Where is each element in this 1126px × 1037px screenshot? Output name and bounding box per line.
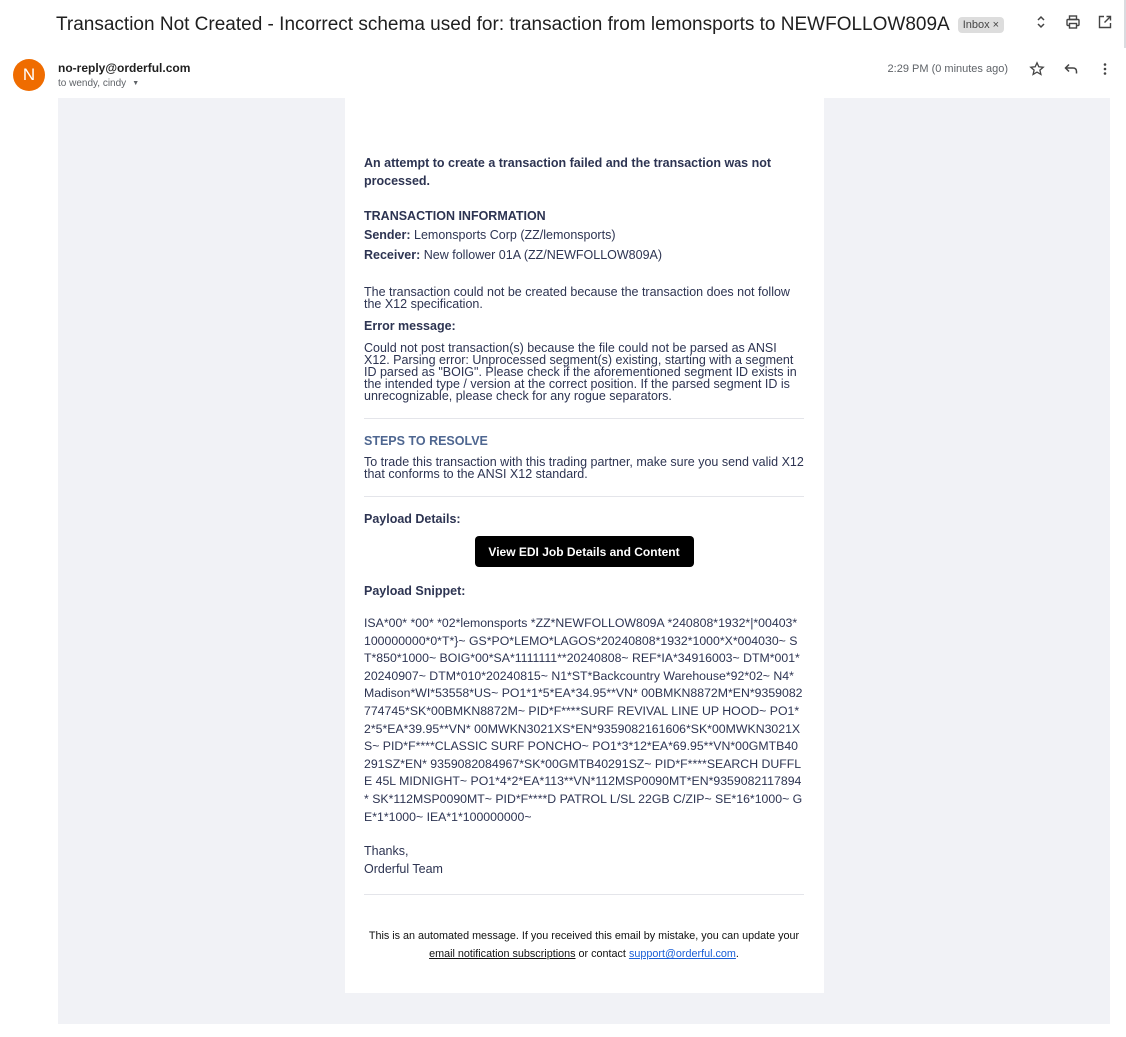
reason-text: The transaction could not be created bec… bbox=[364, 286, 804, 310]
label-text: Inbox bbox=[963, 19, 990, 31]
team-text: Orderful Team bbox=[364, 861, 804, 879]
footer-period: . bbox=[736, 948, 739, 960]
view-edi-job-button[interactable]: View EDI Job Details and Content bbox=[475, 536, 694, 567]
unfold-icon[interactable] bbox=[1032, 12, 1050, 32]
open-in-new-window-icon[interactable] bbox=[1096, 12, 1114, 32]
thread-actions bbox=[1032, 12, 1114, 32]
divider bbox=[364, 418, 804, 419]
reply-icon[interactable] bbox=[1062, 59, 1080, 79]
payload-snippet: ISA*00* *00* *02*lemonsports *ZZ*NEWFOLL… bbox=[364, 615, 804, 826]
email-card: An attempt to create a transaction faile… bbox=[345, 98, 824, 993]
sender-row: Sender: Lemonsports Corp (ZZ/lemonsports… bbox=[364, 228, 804, 243]
divider bbox=[364, 496, 804, 497]
star-icon[interactable] bbox=[1028, 59, 1046, 79]
divider bbox=[364, 894, 804, 895]
receiver-value: New follower 01A (ZZ/NEWFOLLOW809A) bbox=[424, 248, 662, 262]
print-icon[interactable] bbox=[1064, 12, 1082, 32]
sender-avatar[interactable]: N bbox=[13, 59, 45, 91]
receiver-label: Receiver: bbox=[364, 248, 420, 262]
footer-text: This is an automated message. If you rec… bbox=[369, 930, 799, 942]
email-content: An attempt to create a transaction faile… bbox=[364, 154, 804, 963]
sender-email[interactable]: no-reply@orderful.com bbox=[58, 61, 190, 75]
transaction-info-heading: TRANSACTION INFORMATION bbox=[364, 209, 804, 223]
intro-text: An attempt to create a transaction faile… bbox=[364, 154, 804, 190]
message-meta: 2:29 PM (0 minutes ago) bbox=[888, 59, 1114, 79]
thanks-text: Thanks, bbox=[364, 843, 804, 861]
footer-text-middle: or contact bbox=[579, 948, 626, 960]
inbox-label-chip[interactable]: Inbox × bbox=[958, 17, 1004, 33]
steps-text: To trade this transaction with this trad… bbox=[364, 456, 804, 480]
sender-value: Lemonsports Corp (ZZ/lemonsports) bbox=[414, 228, 615, 242]
subject-row: Transaction Not Created - Incorrect sche… bbox=[56, 10, 1126, 40]
remove-label-icon[interactable]: × bbox=[993, 19, 999, 31]
steps-heading: STEPS TO RESOLVE bbox=[364, 434, 804, 448]
error-label: Error message: bbox=[364, 319, 804, 333]
button-wrap: View EDI Job Details and Content bbox=[364, 536, 804, 567]
payload-details-label: Payload Details: bbox=[364, 512, 804, 526]
email-subject: Transaction Not Created - Incorrect sche… bbox=[56, 14, 950, 36]
error-message: Could not post transaction(s) because th… bbox=[364, 342, 804, 402]
payload-snippet-label: Payload Snippet: bbox=[364, 584, 804, 598]
recipients-toggle[interactable]: to wendy, cindy ▼ bbox=[58, 78, 139, 89]
message-timestamp: 2:29 PM (0 minutes ago) bbox=[888, 63, 1008, 75]
signoff: Thanks, Orderful Team bbox=[364, 843, 804, 878]
receiver-row: Receiver: New follower 01A (ZZ/NEWFOLLOW… bbox=[364, 248, 804, 263]
more-vertical-icon[interactable] bbox=[1096, 59, 1114, 79]
footer: This is an automated message. If you rec… bbox=[364, 927, 804, 963]
sender-label: Sender: bbox=[364, 228, 411, 242]
caret-down-icon[interactable]: ▼ bbox=[132, 80, 139, 87]
subscriptions-link[interactable]: email notification subscriptions bbox=[429, 948, 575, 960]
support-email-link[interactable]: support@orderful.com bbox=[629, 948, 736, 960]
recipients-text: to wendy, cindy bbox=[58, 78, 126, 89]
